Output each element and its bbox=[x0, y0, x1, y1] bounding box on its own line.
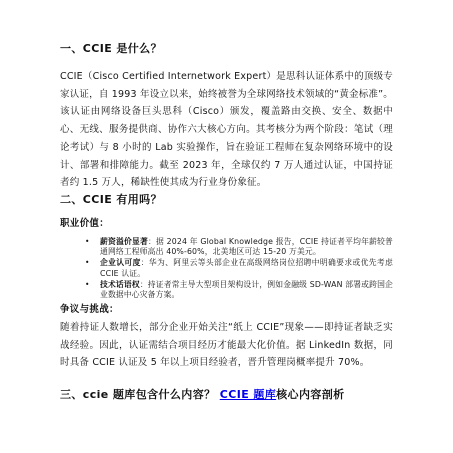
subheading-controversy: 争议与挑战： bbox=[60, 303, 393, 316]
bullet-term: 薪资溢价显著 bbox=[100, 237, 148, 246]
list-item-salary: •薪资溢价显著：据 2024 年 Global Knowledge 报告，CCI… bbox=[100, 237, 393, 258]
list-item-recognition: •企业认可度：华为、阿里云等头部企业在高级网络岗位招聘中明确要求或优先考虑 CC… bbox=[100, 258, 393, 279]
bullet-icon: • bbox=[85, 258, 90, 269]
bullet-term: 技术话语权 bbox=[100, 280, 140, 289]
heading-is-ccie-useful: 二、CCIE 有用吗？ bbox=[60, 193, 393, 207]
list-item-authority: •技术话语权：持证者常主导大型项目架构设计，例如金融级 SD-WAN 部署或跨国… bbox=[100, 280, 393, 301]
heading-what-is-ccie: 一、CCIE 是什么？ bbox=[60, 42, 393, 56]
heading-question-bank: 三、ccie 题库包含什么内容？ CCIE 题库核心内容剖析 bbox=[60, 388, 393, 402]
heading-question-bank-suffix: 核心内容剖析 bbox=[276, 388, 344, 401]
bullet-text: ：持证者常主导大型项目架构设计，例如金融级 SD-WAN 部署或跨国企业数据中心… bbox=[100, 280, 393, 300]
subheading-career-value: 职业价值： bbox=[60, 217, 393, 230]
ccie-question-bank-link[interactable]: CCIE 题库 bbox=[220, 388, 276, 401]
bullet-icon: • bbox=[85, 237, 90, 248]
document-page: 一、CCIE 是什么？ CCIE（Cisco Certified Interne… bbox=[0, 0, 453, 453]
bullet-text: ：华为、阿里云等头部企业在高级网络岗位招聘中明确要求或优先考虑 CCIE 认证。 bbox=[100, 258, 393, 278]
bullet-icon: • bbox=[85, 280, 90, 291]
bullet-term: 企业认可度 bbox=[100, 258, 141, 267]
paragraph-ccie-intro: CCIE（Cisco Certified Internetwork Expert… bbox=[60, 68, 393, 192]
heading-question-bank-prefix: 三、ccie 题库包含什么内容？ bbox=[60, 388, 216, 401]
career-value-list: •薪资溢价显著：据 2024 年 Global Knowledge 报告，CCI… bbox=[60, 237, 393, 301]
paragraph-controversy: 随着持证人数增长，部分企业开始关注“纸上 CCIE”现象——即持证者缺乏实战经验… bbox=[60, 319, 393, 372]
